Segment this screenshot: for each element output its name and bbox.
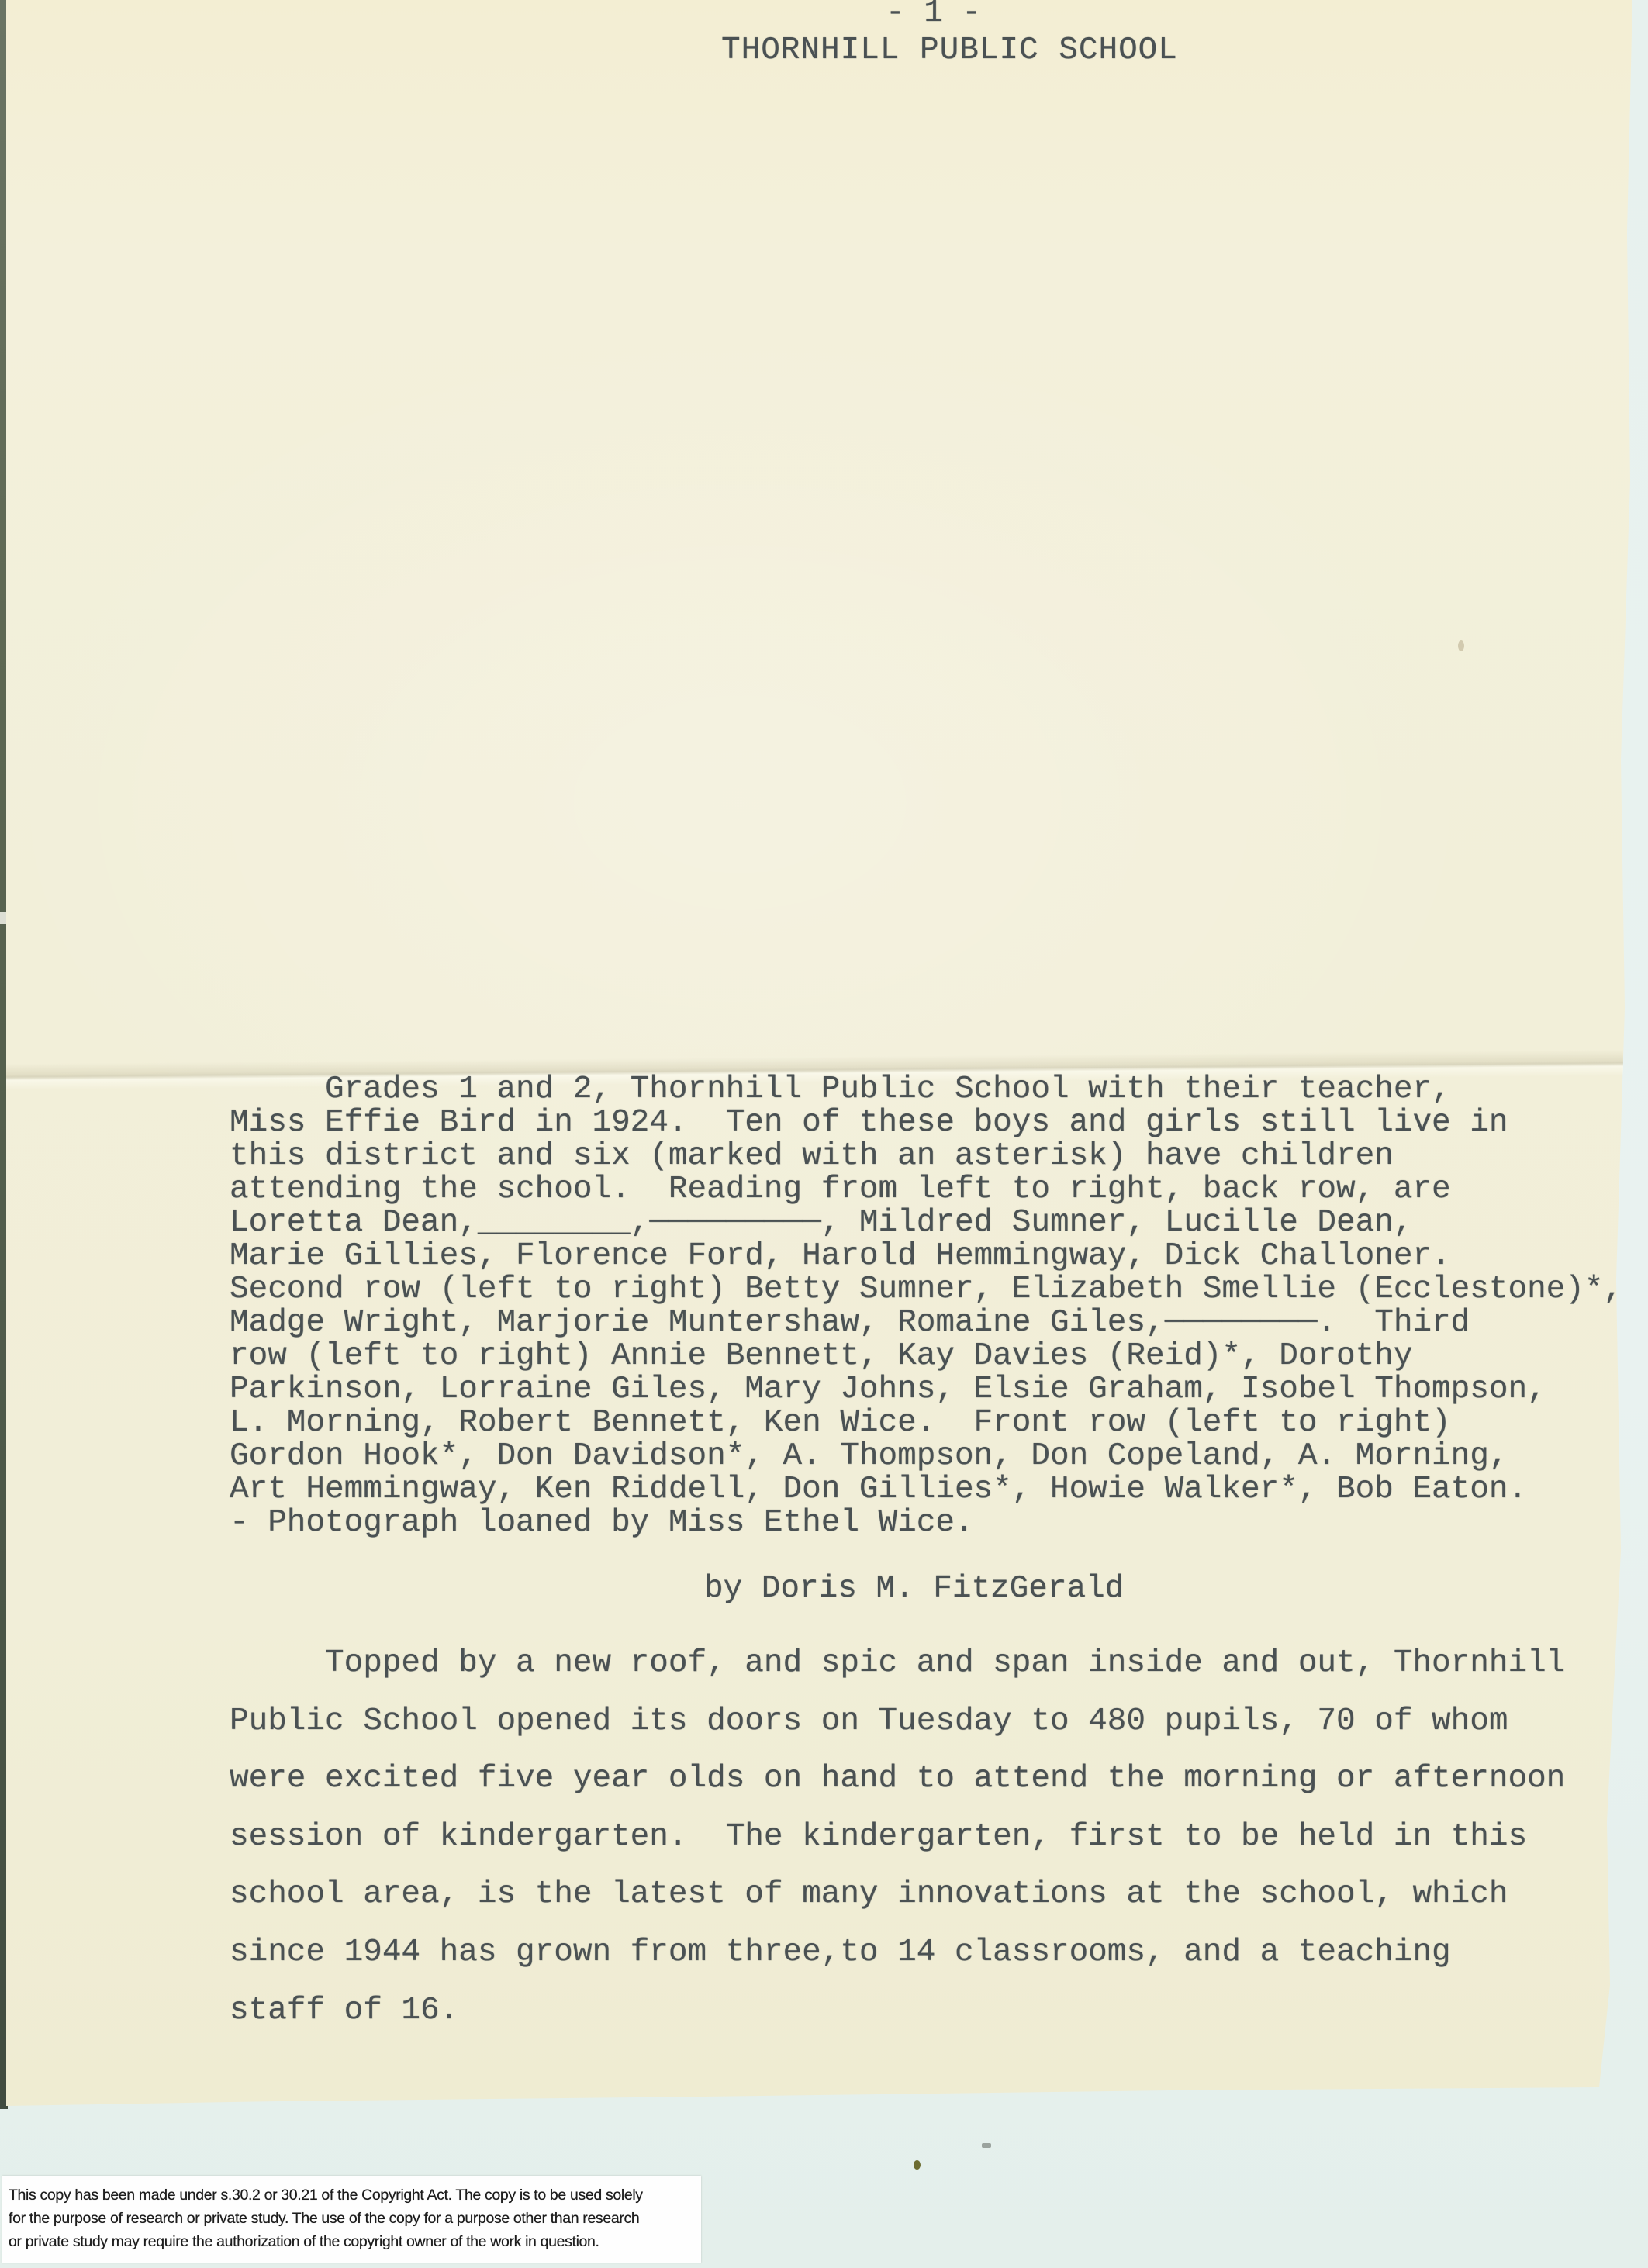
caption-line: L. Morning, Robert Bennett, Ken Wice. Fr… (230, 1407, 1622, 1440)
article-line: school area, is the latest of many innov… (230, 1866, 1565, 1924)
caption-line: Miss Effie Bird in 1924. Ten of these bo… (230, 1106, 1622, 1140)
article-line: session of kindergarten. The kindergarte… (230, 1808, 1565, 1866)
caption-line: Art Hemmingway, Ken Riddell, Don Gillies… (230, 1473, 1622, 1507)
copyright-notice-line: or private study may require the authori… (9, 2230, 695, 2253)
page-number: - 1 - (886, 0, 981, 30)
photo-caption: Grades 1 and 2, Thornhill Public School … (230, 1073, 1622, 1540)
caption-line: Loretta Dean,________,─────────, Mildred… (230, 1206, 1622, 1240)
article-line: Topped by a new roof, and spic and span … (230, 1635, 1565, 1693)
caption-line: Second row (left to right) Betty Sumner,… (230, 1273, 1622, 1307)
article-line: since 1944 has grown from three,to 14 cl… (230, 1924, 1565, 1982)
caption-line: Grades 1 and 2, Thornhill Public School … (230, 1073, 1622, 1106)
article-line: Public School opened its doors on Tuesda… (230, 1693, 1565, 1751)
caption-line: - Photograph loaned by Miss Ethel Wice. (230, 1507, 1622, 1540)
caption-line: Madge Wright, Marjorie Muntershaw, Romai… (230, 1307, 1622, 1340)
article-line: were excited five year olds on hand to a… (230, 1750, 1565, 1808)
byline: by Doris M. FitzGerald (704, 1572, 1124, 1606)
dust-speck (1458, 640, 1464, 651)
caption-line: row (left to right) Annie Bennett, Kay D… (230, 1340, 1622, 1373)
copyright-notice-line: This copy has been made under s.30.2 or … (9, 2183, 695, 2207)
article-line: staff of 16. (230, 1982, 1565, 2040)
dust-speck (914, 2160, 921, 2170)
caption-line: Gordon Hook*, Don Davidson*, A. Thompson… (230, 1440, 1622, 1473)
copyright-notice-line: for the purpose of research or private s… (9, 2207, 695, 2230)
copyright-notice: This copy has been made under s.30.2 or … (2, 2176, 701, 2263)
article-paragraph: Topped by a new roof, and spic and span … (230, 1635, 1565, 2039)
caption-line: attending the school. Reading from left … (230, 1173, 1622, 1206)
dust-speck (982, 2143, 991, 2148)
caption-line: this district and six (marked with an as… (230, 1140, 1622, 1173)
document-title: THORNHILL PUBLIC SCHOOL (721, 34, 1178, 67)
caption-line: Marie Gillies, Florence Ford, Harold Hem… (230, 1240, 1622, 1273)
caption-line: Parkinson, Lorraine Giles, Mary Johns, E… (230, 1373, 1622, 1407)
